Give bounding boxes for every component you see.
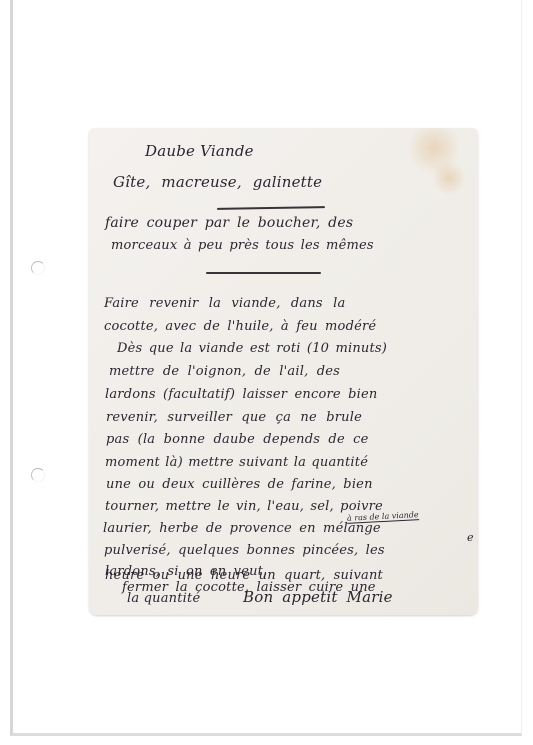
handwritten-recipe-note: Daube Viande Gîte, macreuse, galinette f…	[89, 128, 478, 615]
divider-line	[206, 272, 321, 274]
recipe-line: laurier, herbe de provence en mélange	[103, 521, 381, 536]
signature: Bon appetit Marie	[243, 588, 393, 606]
recipe-line: moment là) mettre suivant la quantité	[105, 455, 368, 470]
recipe-title: Daube Viande	[145, 142, 254, 160]
recipe-line: lardons (facultatif) laisser encore bien	[105, 387, 377, 402]
recipe-line: Dès que la viande est roti (10 minuts)	[117, 341, 387, 356]
binder-punch-hole-bottom	[31, 468, 45, 482]
recipe-line: pas (la bonne daube depends de ce	[106, 432, 369, 447]
recipe-line: cocotte, avec de l'huile, à feu modéré	[104, 319, 376, 334]
paper-stain	[434, 158, 464, 198]
recipe-line: une ou deux cuillères de farine, bien	[106, 477, 373, 492]
recipe-line: revenir, surveiller que ça ne brule	[106, 410, 362, 425]
divider-line	[217, 206, 325, 209]
recipe-line: pulverisé, quelques bonnes pincées, les	[104, 543, 385, 558]
recipe-line: tourner, mettre le vin, l'eau, sel, poiv…	[105, 499, 383, 514]
intro-line: morceaux à peu près tous les mêmes	[111, 238, 374, 253]
recipe-line: la quantité	[127, 591, 200, 606]
recipe-line: mettre de l'oignon, de l'ail, des	[109, 364, 340, 379]
meat-cuts-line: Gîte, macreuse, galinette	[113, 173, 322, 191]
recipe-line: Faire revenir la viande, dans la	[104, 296, 345, 311]
binder-punch-hole-top	[31, 261, 45, 275]
annotation-suffix: e	[467, 531, 474, 544]
recipe-line: heure ou une heure un quart, suivant	[105, 568, 383, 583]
intro-line: faire couper par le boucher, des	[105, 215, 353, 231]
